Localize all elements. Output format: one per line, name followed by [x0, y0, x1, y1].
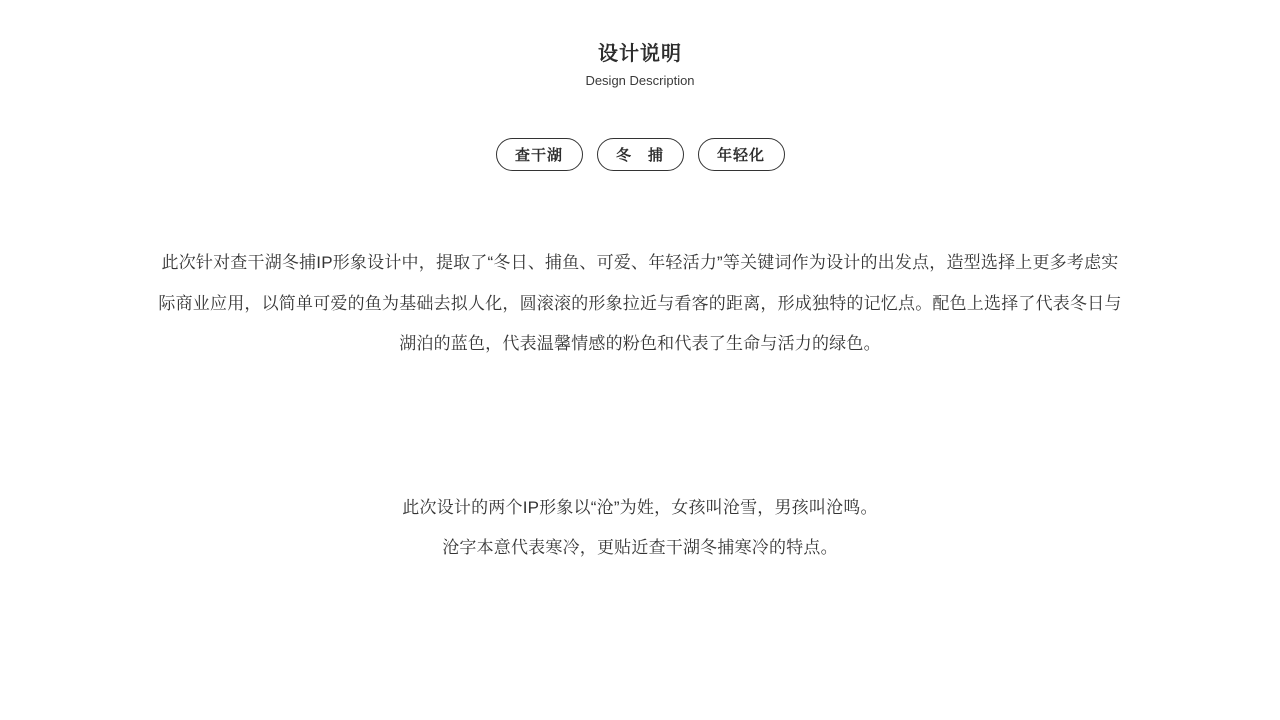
naming-line-2: 沧字本意代表寒冷，更贴近查干湖冬捕寒冷的特点。 — [0, 528, 1280, 569]
tag-chagan-lake: 查干湖 — [496, 138, 583, 171]
keyword-tags-row: 查干湖 冬 捕 年轻化 — [0, 138, 1280, 171]
character-naming-paragraph: 此次设计的两个IP形象以“沧”为姓，女孩叫沧雪，男孩叫沧鸣。 沧字本意代表寒冷，… — [0, 488, 1280, 569]
intro-line-3: 湖泊的蓝色，代表温馨情感的粉色和代表了生命与活力的绿色。 — [0, 324, 1280, 365]
intro-line-2: 际商业应用，以简单可爱的鱼为基础去拟人化，圆滚滚的形象拉近与看客的距离，形成独特… — [0, 284, 1280, 325]
tag-winter-fishing: 冬 捕 — [597, 138, 684, 171]
intro-line-1: 此次针对查干湖冬捕IP形象设计中，提取了“冬日、捕鱼、可爱、年轻活力”等关键词作… — [0, 243, 1280, 284]
page-header: 设计说明 Design Description — [0, 0, 1280, 88]
design-intro-paragraph: 此次针对查干湖冬捕IP形象设计中，提取了“冬日、捕鱼、可爱、年轻活力”等关键词作… — [0, 243, 1280, 365]
naming-line-1: 此次设计的两个IP形象以“沧”为姓，女孩叫沧雪，男孩叫沧鸣。 — [0, 488, 1280, 529]
design-description-page: 设计说明 Design Description 查干湖 冬 捕 年轻化 此次针对… — [0, 0, 1280, 720]
page-title: 设计说明 — [0, 43, 1280, 65]
page-subtitle: Design Description — [0, 73, 1280, 88]
tag-youthful: 年轻化 — [698, 138, 785, 171]
